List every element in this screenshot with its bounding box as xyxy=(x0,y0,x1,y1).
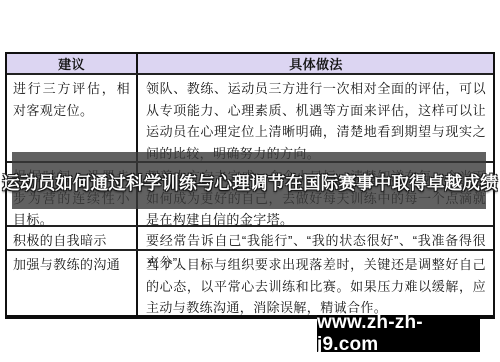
method-cell: 要经常告诉自己“我能行”、“我的状态很好”、“我准备得很充分”。 xyxy=(138,227,493,249)
watermark-url: www.zh-zh-j9.com xyxy=(317,315,480,352)
suggestion-cell: 积极的自我暗示 xyxy=(7,227,138,249)
column-header-method: 具体做法 xyxy=(138,54,493,73)
table-row: 加强与教练的沟通 当个人目标与组织要求出现落差时，关键还是调整好自己的心态，以平… xyxy=(7,251,493,315)
method-cell: 领队、教练、运动员三方进行一次相对全面的评估，可以从专项能力、心理素质、机遇等方… xyxy=(138,75,493,161)
column-header-suggestion: 建议 xyxy=(7,54,138,73)
page: 建议 具体做法 进行三方评估，相对客观定位。 领队、教练、运动员三方进行一次相对… xyxy=(0,0,500,362)
table-header-row: 建议 具体做法 xyxy=(7,54,493,75)
method-cell: 当个人目标与组织要求出现落差时，关键还是调整好自己的心态，以平常心去训练和比赛。… xyxy=(138,251,493,315)
suggestion-cell: 加强与教练的沟通 xyxy=(7,251,138,315)
table-row: 进行三方评估，相对客观定位。 领队、教练、运动员三方进行一次相对全面的评估，可以… xyxy=(7,75,493,163)
table-row: 积极的自我暗示 要经常告诉自己“我能行”、“我的状态很好”、“我准备得很充分”。 xyxy=(7,227,493,251)
page-title: 运动员如何通过科学训练与心理调节在国际赛事中取得卓越成绩 xyxy=(0,170,500,195)
suggestion-cell: 进行三方评估，相对客观定位。 xyxy=(7,75,138,161)
